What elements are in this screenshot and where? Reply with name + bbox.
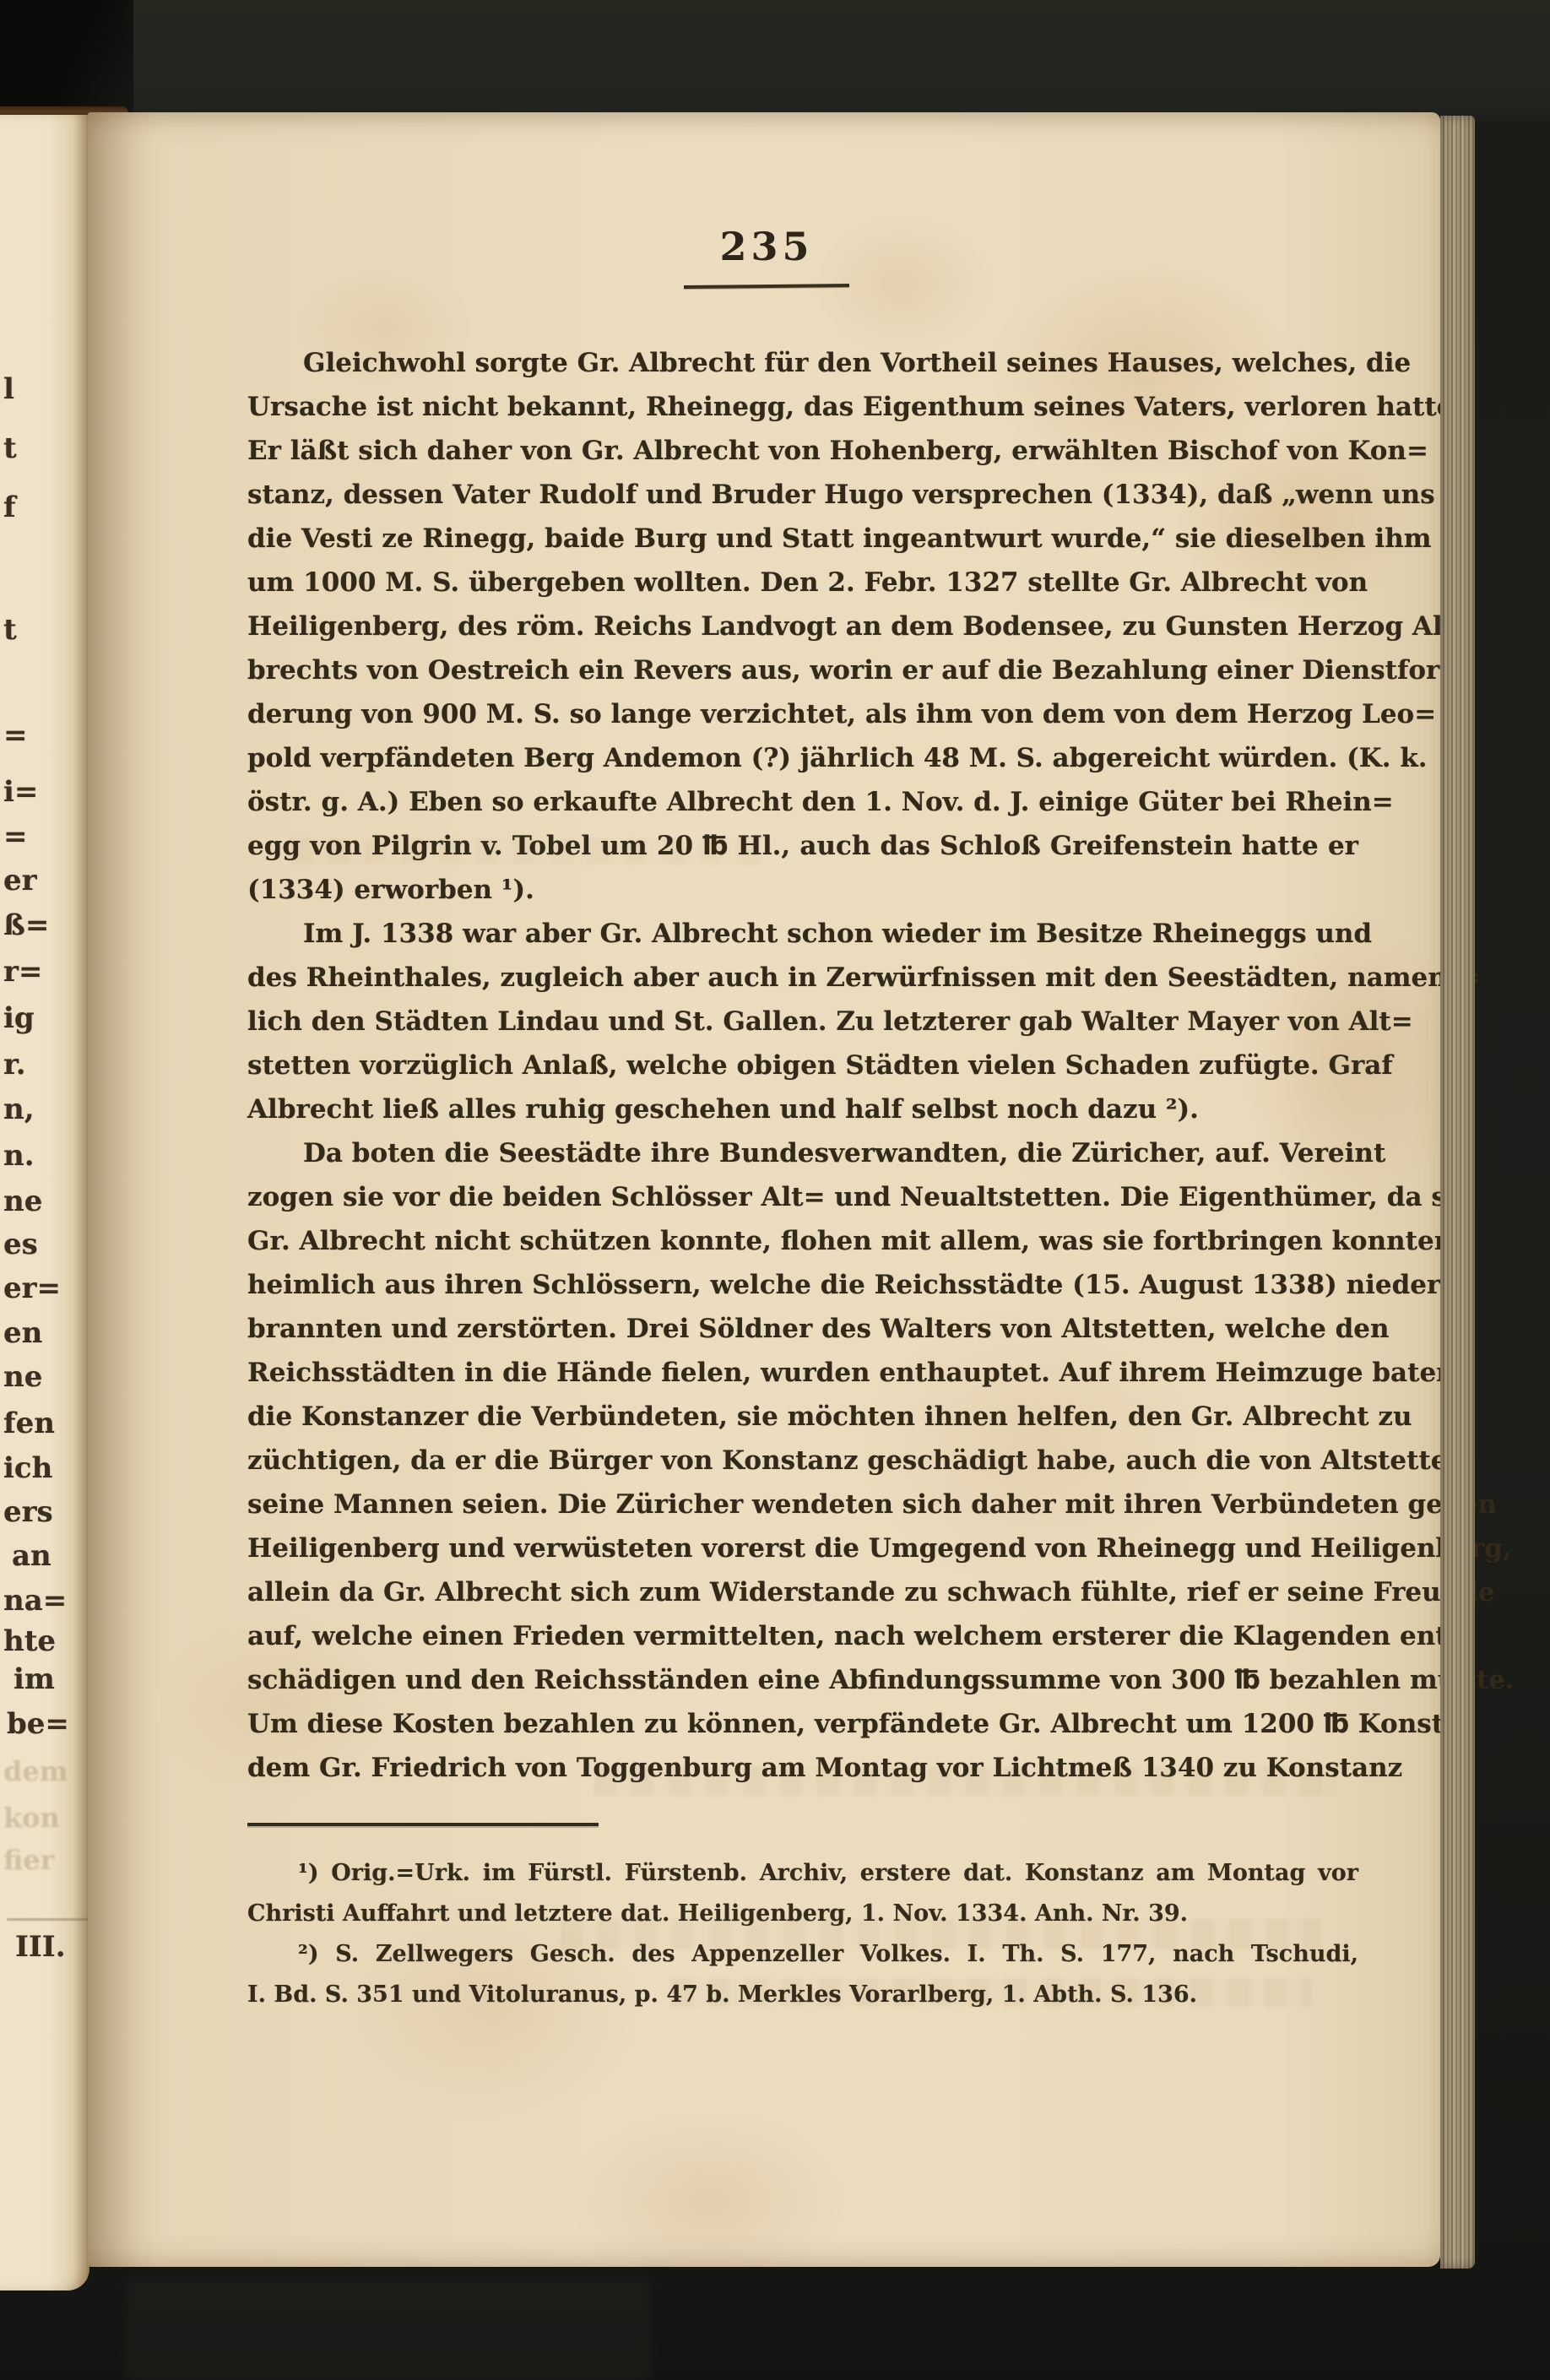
left-page-fragment: es xyxy=(3,1230,38,1259)
text-line: stetten vorzüglich Anlaß, welche obigen … xyxy=(247,1044,1358,1087)
text-line: brannten und zerstörten. Drei Söldner de… xyxy=(247,1307,1358,1351)
text-line: heimlich aus ihren Schlössern, welche di… xyxy=(247,1263,1358,1307)
left-page-fragment: r= xyxy=(3,957,42,986)
text-line: seine Mannen seien. Die Züricher wendete… xyxy=(247,1483,1358,1526)
left-page-fragment: im xyxy=(14,1665,55,1694)
footnote-line: ¹) Orig.=Urk. im Fürstl. Fürstenb. Archi… xyxy=(247,1853,1358,1894)
left-page-fragment: n. xyxy=(3,1141,35,1170)
left-page-fragment: ß= xyxy=(3,911,49,940)
left-page-fragment: na= xyxy=(3,1586,67,1615)
footnote-separator-rule xyxy=(247,1823,599,1826)
ghost-showthrough-fragment: fier xyxy=(3,1844,54,1876)
text-line: (1334) erworben ¹). xyxy=(247,868,1358,912)
text-line: Gr. Albrecht nicht schützen konnte, floh… xyxy=(247,1219,1358,1263)
left-page-fragment: t xyxy=(3,615,17,644)
left-page-fragment: ich xyxy=(3,1454,52,1483)
left-page-fragment: l xyxy=(3,375,14,404)
text-line: auf, welche einen Frieden vermittelten, … xyxy=(247,1614,1358,1658)
left-page-fragment: ne xyxy=(3,1187,42,1216)
text-line: Heiligenberg und verwüsteten vorerst die… xyxy=(247,1526,1358,1570)
left-page-fragment: fen xyxy=(3,1409,55,1438)
text-line: um 1000 M. S. übergeben wollten. Den 2. … xyxy=(247,561,1358,604)
footnotes-block: ¹) Orig.=Urk. im Fürstl. Fürstenb. Archi… xyxy=(247,1853,1358,2015)
text-line: des Rheinthales, zugleich aber auch in Z… xyxy=(247,956,1358,1000)
text-line: zogen sie vor die beiden Schlösser Alt= … xyxy=(247,1175,1358,1219)
text-line: pold verpfändeten Berg Andemon (?) jährl… xyxy=(247,736,1358,780)
text-line: dem Gr. Friedrich von Toggenburg am Mont… xyxy=(247,1746,1358,1790)
text-line: derung von 900 M. S. so lange verzichtet… xyxy=(247,692,1358,736)
left-page-fragment: an xyxy=(12,1542,51,1570)
binding-corner xyxy=(0,0,133,117)
footnote-line: ²) S. Zellwegers Gesch. des Appenzeller … xyxy=(247,1934,1358,1975)
footnote-line: I. Bd. S. 351 und Vitoluranus, p. 47 b. … xyxy=(247,1975,1358,2015)
left-page-fragment: er= xyxy=(3,1274,61,1303)
text-line: stanz, dessen Vater Rudolf und Bruder Hu… xyxy=(247,473,1358,517)
left-page-fragment: = xyxy=(3,721,28,750)
left-page-fragment: n, xyxy=(3,1095,35,1124)
book-page: 235 Gleichwohl sorgte Gr. Albrecht für d… xyxy=(88,112,1440,2267)
page-number-underline xyxy=(684,284,849,289)
text-line: Reichsstädten in die Hände fielen, wurde… xyxy=(247,1351,1358,1395)
left-page-fragment: i= xyxy=(3,778,38,806)
left-page-fragment: en xyxy=(3,1319,42,1347)
footnote-line: Christi Auffahrt und letztere dat. Heili… xyxy=(247,1894,1358,1934)
text-line: lich den Städten Lindau und St. Gallen. … xyxy=(247,1000,1358,1044)
left-page-fragment: r. xyxy=(3,1050,26,1079)
left-page-fragment: ers xyxy=(3,1498,53,1526)
text-line: züchtigen, da er die Bürger von Konstanz… xyxy=(247,1439,1358,1483)
ghost-showthrough-rule xyxy=(7,1918,88,1921)
photographed-book-scene: l t f t = i= = er ß= r= ig r. n, n. ne e… xyxy=(0,0,1550,2380)
left-page-fragment: ne xyxy=(3,1363,42,1391)
body-text-block: Gleichwohl sorgte Gr. Albrecht für den V… xyxy=(247,341,1358,1790)
text-line: die Konstanzer die Verbündeten, sie möch… xyxy=(247,1395,1358,1439)
left-page-fragment: hte xyxy=(3,1627,56,1656)
text-line: Um diese Kosten bezahlen zu können, verp… xyxy=(247,1702,1358,1746)
text-line: allein da Gr. Albrecht sich zum Widersta… xyxy=(247,1570,1358,1614)
facing-page-edge: l t f t = i= = er ß= r= ig r. n, n. ne e… xyxy=(0,115,89,2291)
left-page-fragment: er xyxy=(3,866,37,895)
text-line: Im J. 1338 war aber Gr. Albrecht schon w… xyxy=(247,912,1358,956)
text-line: östr. g. A.) Eben so erkaufte Albrecht d… xyxy=(247,780,1358,824)
left-page-fragment: be= xyxy=(7,1710,69,1738)
text-line: brechts von Oestreich ein Revers aus, wo… xyxy=(247,648,1358,692)
text-line: egg von Pilgrin v. Tobel um 20 ℔ Hl., au… xyxy=(247,824,1358,868)
left-page-fragment: t xyxy=(3,434,17,463)
text-line: Gleichwohl sorgte Gr. Albrecht für den V… xyxy=(247,341,1358,385)
page-edge-stack xyxy=(1440,116,1475,2269)
ghost-showthrough-fragment: kon xyxy=(3,1802,60,1834)
background-shading xyxy=(127,2278,650,2380)
text-line: schädigen und den Reichsständen eine Abf… xyxy=(247,1658,1358,1702)
text-line: die Vesti ze Rinegg, baide Burg und Stat… xyxy=(247,517,1358,561)
left-page-fragment: f xyxy=(3,493,16,522)
signature-mark: III. xyxy=(15,1933,66,1961)
text-line: Er läßt sich daher von Gr. Albrecht von … xyxy=(247,429,1358,473)
left-page-fragment: ig xyxy=(3,1004,35,1033)
text-line: Da boten die Seestädte ihre Bundesverwan… xyxy=(247,1131,1358,1175)
text-line: Ursache ist nicht bekannt, Rheinegg, das… xyxy=(247,385,1358,429)
text-line: Albrecht ließ alles ruhig geschehen und … xyxy=(247,1087,1358,1131)
ghost-showthrough-fragment: dem xyxy=(3,1755,68,1787)
page-number: 235 xyxy=(682,224,851,269)
text-line: Heiligenberg, des röm. Reichs Landvogt a… xyxy=(247,604,1358,648)
left-page-fragment: = xyxy=(3,822,28,851)
